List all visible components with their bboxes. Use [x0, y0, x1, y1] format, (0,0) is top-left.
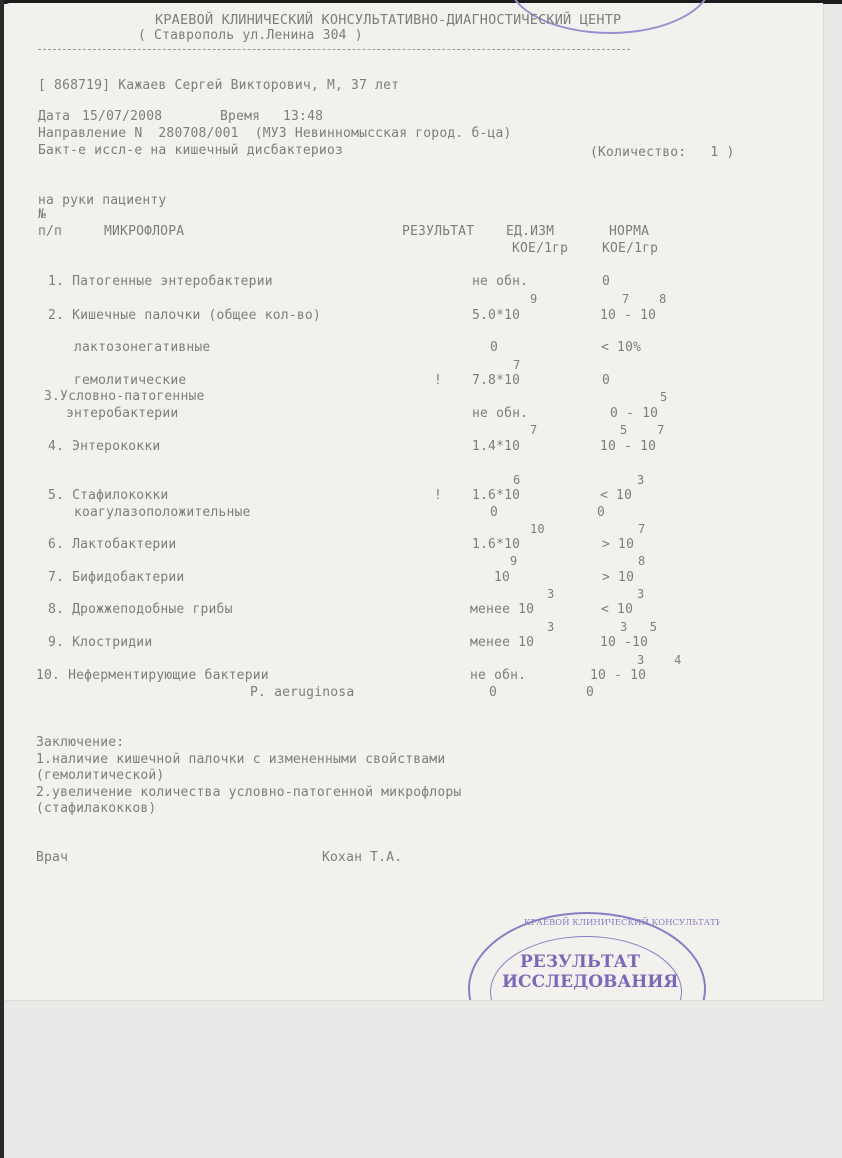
row-norm: 0 [597, 505, 605, 521]
row-norm: > 10 [602, 570, 634, 586]
row-result: не обн. [472, 406, 528, 422]
row-norm: 10 -10 [600, 635, 648, 651]
header-divider [38, 49, 630, 50]
row-name: энтеробактерии [66, 406, 178, 422]
row-result-exponent: 6 [513, 472, 520, 488]
signature-role: Врач [36, 850, 68, 866]
col-header-result: РЕЗУЛЬТАТ [402, 224, 474, 240]
row-name: лактозонегативные [74, 340, 210, 356]
row-norm-exponent: 3 [637, 472, 644, 488]
row-name: 5. Стафилококки [48, 488, 168, 504]
row-norm: 10 - 10 [590, 668, 646, 684]
row-norm-exponent: 8 [638, 553, 645, 569]
row-name: 10. Неферментирующие бактерии [36, 668, 269, 684]
date-value: 15/07/2008 [82, 109, 162, 125]
row-result-exponent: 10 [530, 521, 545, 537]
row-name: 3.Условно-патогенные [44, 389, 205, 405]
num-symbol: № [38, 207, 46, 223]
row-name: 6. Лактобактерии [48, 537, 176, 553]
row-norm: < 10 [600, 488, 632, 504]
row-name: 2. Кишечные палочки (общее кол-во) [48, 308, 321, 324]
row-norm: > 10 [602, 537, 634, 553]
quantity: (Количество: 1 ) [590, 145, 734, 161]
col-header-unit-sub: КОЕ/1гр [512, 241, 568, 257]
row-result: не обн. [472, 274, 528, 290]
row-result-exponent: 9 [510, 553, 517, 569]
row-flag: ! [434, 373, 442, 389]
row-result-exponent: 3 [547, 586, 554, 602]
row-name: 7. Бифидобактерии [48, 570, 184, 586]
conclusion-line: (гемолитической) [36, 768, 164, 784]
row-norm: 0 - 10 [610, 406, 658, 422]
row-norm-exponent: 3 4 [637, 652, 682, 668]
referral-line: Направление N 280708/001 (МУЗ Невинномыс… [38, 126, 512, 142]
institution-address: ( Ставрополь ул.Ленина 304 ) [138, 28, 363, 44]
row-result: менее 10 [470, 635, 534, 651]
row-norm-exponent: 5 7 [620, 422, 665, 438]
row-result: 1.6*10 [472, 488, 520, 504]
stamp-line2: ИССЛЕДОВАНИЯ [502, 972, 678, 992]
row-result: 1.4*10 [472, 439, 520, 455]
row-norm: < 10 [601, 602, 633, 618]
col-header-microflora: МИКРОФЛОРА [104, 224, 184, 240]
row-result: 5.0*10 [472, 308, 520, 324]
row-result: 0 [490, 340, 498, 356]
row-result-exponent: 7 [530, 422, 537, 438]
row-name: 1. Патогенные энтеробактерии [48, 274, 273, 290]
row-name: 8. Дрожжеподобные грибы [48, 602, 233, 618]
test-name: Бакт-е иссл-е на кишечный дисбактериоз [38, 143, 343, 159]
row-norm-exponent: 7 [638, 521, 645, 537]
conclusion-title: Заключение: [36, 735, 124, 751]
row-norm: 10 - 10 [600, 439, 656, 455]
row-name: 9. Клостридии [48, 635, 152, 651]
col-header-unit: ЕД.ИЗМ [506, 224, 554, 240]
row-result: не обн. [470, 668, 526, 684]
time-label: Время [220, 109, 260, 125]
delivery-note: на руки пациенту [38, 193, 166, 209]
row-result-exponent: 3 [547, 619, 554, 635]
institution-title: КРАЕВОЙ КЛИНИЧЕСКИЙ КОНСУЛЬТАТИВНО-ДИАГН… [155, 12, 621, 28]
row-name: коагулазоположительные [74, 505, 251, 521]
row-norm: 0 [602, 274, 610, 290]
row-name: 4. Энтерококки [48, 439, 160, 455]
stamp-ring-text: КРАЕВОЙ КЛИНИЧЕСКИЙ КОНСУЛЬТАТИВНО-ДИАГН… [524, 918, 720, 928]
row-norm: 0 [602, 373, 610, 389]
stamp-clip: КРАЕВОЙ КЛИНИЧЕСКИЙ КОНСУЛЬТАТИВНО-ДИАГН… [460, 900, 720, 1000]
row-norm-exponent: 3 [637, 586, 644, 602]
conclusion-line: (стафилакокков) [36, 801, 156, 817]
time-value: 13:48 [283, 109, 323, 125]
patient-info: [ 868719] Кажаев Сергей Викторович, М, 3… [38, 78, 399, 94]
row-result-exponent: 9 [530, 291, 537, 307]
signature-name: Кохан Т.А. [322, 850, 402, 866]
row-result: 0 [490, 505, 498, 521]
row-norm: 10 - 10 [600, 308, 656, 324]
row-result-exponent: 7 [513, 357, 520, 373]
row-norm-exponent: 3 5 [620, 619, 657, 635]
conclusion-line: 2.увеличение количества условно-патогенн… [36, 785, 461, 801]
row-result: 10 [494, 570, 510, 586]
date-label: Дата [38, 109, 70, 125]
col-header-norm: НОРМА [609, 224, 649, 240]
row-norm: 0 [586, 685, 594, 701]
conclusion-line: 1.наличие кишечной палочки с измененными… [36, 752, 445, 768]
row-result: 0 [489, 685, 497, 701]
col-header-norm-sub: КОЕ/1гр [602, 241, 658, 257]
row-name: P. aeruginosa [250, 685, 354, 701]
row-result: 7.8*10 [472, 373, 520, 389]
row-norm: < 10% [601, 340, 641, 356]
row-flag: ! [434, 488, 442, 504]
row-result: 1.6*10 [472, 537, 520, 553]
row-norm-exponent: 7 8 [622, 291, 667, 307]
col-header-num: п/п [38, 224, 62, 240]
row-name: гемолитические [74, 373, 186, 389]
stamp-line1: РЕЗУЛЬТАТ [520, 952, 640, 972]
row-result: менее 10 [470, 602, 534, 618]
row-norm-exponent: 5 [660, 389, 667, 405]
